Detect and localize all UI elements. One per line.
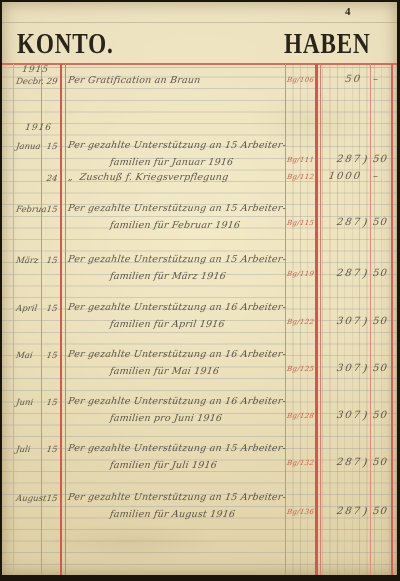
year-label: 1915 [21,65,49,75]
entry-amount-mark: 307 [317,410,363,421]
entry-day: 24 [43,174,60,184]
entry-description-line2: familien für März 1916 [109,271,226,282]
entry-description: Per gezahlte Unterstützung an 16 Arbeite… [67,396,286,407]
entry-day: 15 [43,205,60,215]
ledger-page: 4 KONTO. HABEN 1915 1916 Decbr. 29 Per G… [2,2,397,575]
entry-amount-pfennig: 50 [372,410,391,421]
entry-description: Per gezahlte Unterstützung an 15 Arbeite… [67,254,286,265]
haben-heading: HABEN [284,28,371,61]
entry-amount-pfennig: – [372,74,391,85]
entry-voucher-ref: Bg/125 [286,365,317,373]
entry-voucher-ref: Bg/132 [286,459,317,467]
entry-amount-mark: 50 [317,74,363,85]
entry-day: 15 [43,256,60,266]
entry-amount-mark: 287 [317,506,363,517]
entry-description: Per gezahlte Unterstützung an 16 Arbeite… [67,302,286,313]
entry-voucher-ref: Bg/122 [286,318,317,326]
entry-description: Per gezahlte Unterstützung an 15 Arbeite… [67,203,286,214]
entry-description-line2: familien für Mai 1916 [109,366,220,377]
entry-amount-pfennig: 50 [372,363,391,374]
konto-heading: KONTO. [17,28,114,61]
entry-description-line2: familien für April 1916 [109,319,225,330]
page-number: 4 [345,6,351,18]
entry-amount-mark: 287 [317,268,363,279]
entry-day: 15 [43,398,60,408]
ledger-entry: Mai 15 Per gezahlte Unterstützung an 16 … [2,349,397,383]
entry-voucher-ref: Bg/106 [286,76,317,84]
entry-amount-pfennig: 50 [372,457,391,468]
entry-description: Per gezahlte Unterstützung an 15 Arbeite… [67,140,286,151]
entry-amount-mark: 287 [317,217,363,228]
entry-amount-pfennig: 50 [372,154,391,165]
entry-day: 15 [43,445,60,455]
entry-day: 15 [43,351,60,361]
entry-voucher-ref: Bg/112 [286,173,317,181]
entry-description-line2: familien für Februar 1916 [109,220,241,231]
entry-amount-mark: 307 [317,316,363,327]
entry-description-line2: familien für Januar 1916 [109,157,234,168]
entry-description: Per gezahlte Unterstützung an 15 Arbeite… [67,443,286,454]
entry-amount-mark: 287 [317,457,363,468]
paper-stain [42,522,222,562]
ledger-entry: April 15 Per gezahlte Unterstützung an 1… [2,302,397,336]
entry-amount-mark: 307 [317,363,363,374]
entry-description-line2: familien für August 1916 [109,509,236,520]
ledger-entry: März 15 Per gezahlte Unterstützung an 15… [2,254,397,288]
entry-amount-pfennig: 50 [372,217,391,228]
entry-description: Per Gratification an Braun [67,75,201,86]
entry-amount-pfennig: 50 [372,316,391,327]
header-rule-line [2,22,397,23]
ledger-entry: August 15 Per gezahlte Unterstützung an … [2,492,397,526]
entry-description: Per gezahlte Unterstützung an 16 Arbeite… [67,349,286,360]
ledger-entry: Juni 15 Per gezahlte Unterstützung an 16… [2,396,397,430]
ledger-entry: Janua 15 Per gezahlte Unterstützung an 1… [2,140,397,174]
entry-voucher-ref: Bg/119 [286,270,317,278]
ledger-entry: Februa 15 Per gezahlte Unterstützung an … [2,203,397,237]
ledger-entry: 24 „ Zuschuß f. Kriegsverpflegung Bg/112… [2,172,397,206]
entry-voucher-ref: Bg/115 [286,219,317,227]
year-label: 1916 [24,123,52,133]
entry-voucher-ref: Bg/111 [286,156,317,164]
entry-voucher-ref: Bg/128 [286,412,317,420]
ledger-entry: Decbr. 29 Per Gratification an Braun Bg/… [2,75,397,109]
entry-amount-pfennig: – [372,171,391,182]
entry-description-line2: familien pro Juni 1916 [109,413,223,424]
entry-day: 15 [43,304,60,314]
photo-border: 4 KONTO. HABEN 1915 1916 Decbr. 29 Per G… [0,0,400,581]
entry-description: Per gezahlte Unterstützung an 15 Arbeite… [67,492,286,503]
ledger-entry: Juli 15 Per gezahlte Unterstützung an 15… [2,443,397,477]
entry-day: 29 [43,77,60,87]
entry-amount-pfennig: 50 [372,506,391,517]
entry-day: 15 [43,142,60,152]
entry-amount-mark: 1000 [317,171,363,182]
entry-voucher-ref: Bg/136 [286,508,317,516]
entry-amount-pfennig: 50 [372,268,391,279]
entry-day: 15 [43,494,60,504]
entry-description: „ Zuschuß f. Kriegsverpflegung [67,172,229,183]
entry-amount-mark: 287 [317,154,363,165]
entry-description-line2: familien für Juli 1916 [109,460,217,471]
